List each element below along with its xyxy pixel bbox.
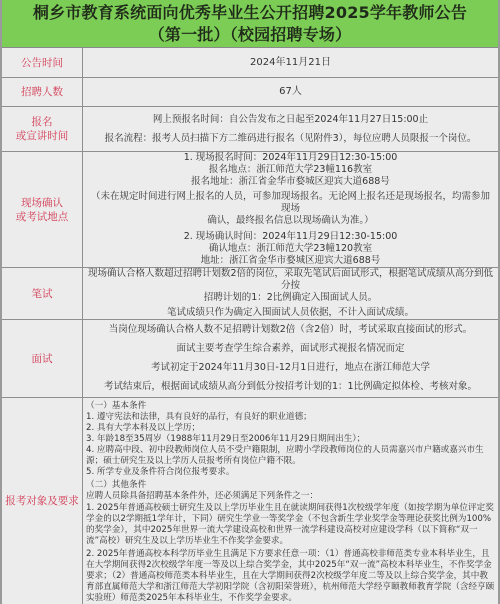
row-headcount: 招聘人数 67人 [2, 78, 498, 107]
other-conditions-title: （二）其他条件 [86, 480, 495, 491]
title-line-2: （第一批）（校园招聘专场） [149, 24, 352, 46]
row-interview: 面试 当岗位现场确认合格人数不足招聘计划数2倍（含2倍）时，考试采取直接面试的形… [2, 320, 498, 398]
eligibility-content: （一）基本条件 1. 遵守宪法和法律，具有良好的品行，有良好的职业道德； 2. … [83, 398, 498, 604]
announcement-title: 桐乡市教育系统面向优秀毕业生公开招聘2025学年教师公告 （第一批）（校园招聘专… [2, 0, 498, 48]
label-onsite: 现场确认 或考试地点 [2, 152, 83, 267]
onsite-content: 1. 现场报名时间：2024年11月29日12:30-15:00 报名地点：浙江… [83, 152, 498, 267]
announcement-page: 桐乡市教育系统面向优秀毕业生公开招聘2025学年教师公告 （第一批）（校园招聘专… [0, 0, 500, 604]
announce-time-value: 2024年11月21日 [83, 48, 498, 77]
row-eligibility: 报考对象及要求 （一）基本条件 1. 遵守宪法和法律，具有良好的品行，有良好的职… [2, 398, 498, 604]
row-registration: 报名 或宣讲时间 网上预报名时间：自公告发布之日起至2024年11月27日15:… [2, 107, 498, 152]
basic-conditions-title: （一）基本条件 [86, 401, 495, 412]
label-announce-time: 公告时间 [2, 48, 83, 77]
interview-content: 当岗位现场确认合格人数不足招聘计划数2倍（含2倍）时，考试采取直接面试的形式。 … [83, 320, 498, 397]
online-registration-time: 网上预报名时间：自公告发布之日起至2024年11月27日15:00止 [153, 114, 428, 126]
row-onsite: 现场确认 或考试地点 1. 现场报名时间：2024年11月29日12:30-15… [2, 152, 498, 268]
row-written-exam: 笔试 现场确认合格人数超过招聘计划数2倍的岗位，采取先笔试后面试形式，根据笔试成… [2, 268, 498, 320]
registration-content: 网上预报名时间：自公告发布之日起至2024年11月27日15:00止 报名流程：… [83, 107, 498, 151]
registration-process: 报名流程：报考人员扫描下方二维码进行报名（见附件3），每位应聘人员限报一个岗位。 [105, 133, 477, 145]
onsite-note: （未在规定时间进行网上报名的人员，可参加现场报名。无论网上报名还是现场报名，均需… [87, 191, 494, 215]
row-announce-time: 公告时间 2024年11月21日 [2, 48, 498, 78]
label-eligibility: 报考对象及要求 [2, 398, 83, 604]
headcount-value: 67人 [83, 78, 498, 106]
label-headcount: 招聘人数 [2, 78, 83, 106]
label-interview: 面试 [2, 320, 83, 397]
label-registration: 报名 或宣讲时间 [2, 107, 83, 151]
label-written-exam: 笔试 [2, 268, 83, 319]
written-exam-content: 现场确认合格人数超过招聘计划数2倍的岗位，采取先笔试后面试形式，根据笔试成绩从高… [83, 268, 498, 319]
title-line-1: 桐乡市教育系统面向优秀毕业生公开招聘2025学年教师公告 [33, 2, 467, 24]
